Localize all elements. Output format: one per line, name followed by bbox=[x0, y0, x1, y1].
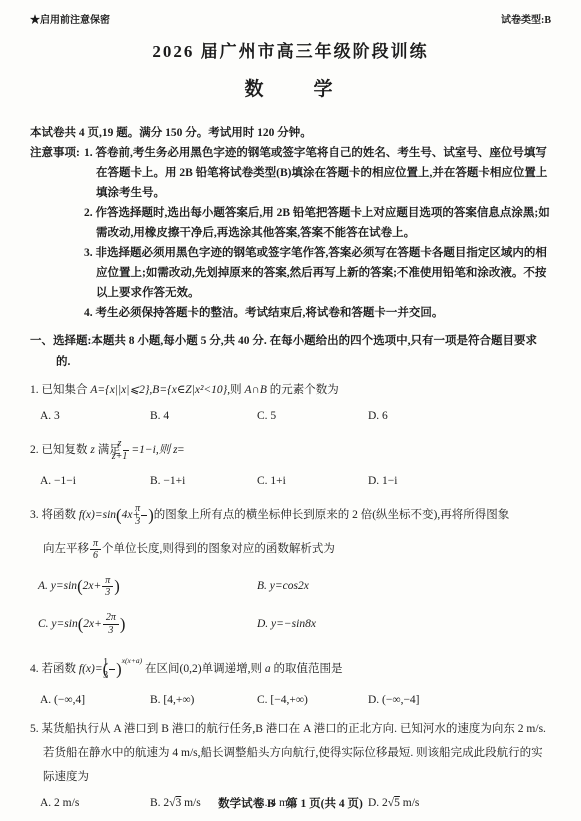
security-notice: ★启用前注意保密 bbox=[30, 14, 110, 28]
question-2: 2. 已知复数 z 满足zz+1=1−i,则 z= A. −1−i B. −1+… bbox=[30, 435, 551, 491]
q3-option-a-rparen: ) bbox=[114, 577, 120, 596]
q4-option-d: D. (−∞,−4] bbox=[368, 690, 551, 710]
question-5-stem: 5. 某货船执行从 A 港口到 B 港口的航行任务,B 港口在 A 港口的正北方… bbox=[30, 717, 551, 789]
q1-option-a: A. 3 bbox=[40, 406, 150, 426]
q3-option-c-frac-den: 3 bbox=[105, 625, 116, 637]
q3-option-a-fraction: π3 bbox=[102, 575, 113, 599]
q3-option-c: C. y=sin(2x+2π3) bbox=[38, 611, 257, 637]
subject-title: 数 学 bbox=[30, 78, 551, 102]
q3-option-c-rparen: ) bbox=[120, 614, 126, 633]
q3-option-a-pre: A. y=sin bbox=[38, 580, 77, 592]
question-3: 3. 将函数 f(x)=sin(4x+π3)的图象上所有点的横坐标伸长到原来的 … bbox=[30, 500, 551, 637]
notice-item-2: 2. 作答选择题时,选出每小题答案后,用 2B 铅笔把答题卡上对应题目选项的答案… bbox=[84, 203, 551, 243]
q3-option-c-pre: C. y=sin bbox=[38, 618, 78, 630]
question-2-stem: 2. 已知复数 z 满足zz+1=1−i,则 z= bbox=[30, 435, 551, 465]
q4-option-b: B. [4,+∞) bbox=[150, 690, 257, 710]
q3-option-b: B. y=cos2x bbox=[257, 573, 551, 599]
q3-fraction-pi6: π6 bbox=[90, 538, 101, 562]
q3-frac-a-den: 3 bbox=[141, 516, 147, 528]
q3-fraction-pi3: π3 bbox=[141, 503, 147, 527]
q4-exponent: x(x+a) bbox=[122, 656, 142, 665]
question-2-options: A. −1−i B. −1+i C. 1+i D. 1−i bbox=[40, 471, 551, 491]
q1-option-c: C. 5 bbox=[257, 406, 368, 426]
question-4-stem: 4. 若函数 f(x)=(13)x(x+a) 在区间(0,2)单调递增,则 a … bbox=[30, 646, 551, 684]
q2-fraction-denominator: z+1 bbox=[122, 451, 131, 463]
q4-frac-num: 1 bbox=[109, 657, 115, 670]
notice-items: 1. 答卷前,考生务必用黑色字迹的钢笔或签字笔将自己的姓名、考生号、试室号、座位… bbox=[84, 143, 551, 323]
q3-text3: 向左平移 bbox=[43, 543, 89, 555]
q3-option-d: D. y=−sin8x bbox=[257, 611, 551, 637]
q3-text4: 个单位长度,则得到的图象对应的函数解析式为 bbox=[102, 543, 335, 555]
exam-paper-page: ★启用前注意保密 试卷类型:B 2026 届广州市高三年级阶段训练 数 学 本试… bbox=[0, 0, 581, 821]
q3-frac-b-num: π bbox=[90, 538, 101, 551]
q1-text: 1. 已知集合 bbox=[30, 384, 90, 396]
notice-block: 注意事项: 1. 答卷前,考生务必用黑色字迹的钢笔或签字笔将自己的姓名、考生号、… bbox=[30, 143, 551, 323]
q4-frac-den: 3 bbox=[109, 670, 115, 682]
q4-text2: 在区间(0,2)单调递增,则 bbox=[142, 663, 265, 675]
question-1: 1. 已知集合 A={x||x|⩽2},B={x∈Z|x²<10},则 A∩B … bbox=[30, 380, 551, 426]
q4-function: f(x)= bbox=[79, 663, 103, 675]
question-3-stem-line2: 向左平移π6个单位长度,则得到的图象对应的函数解析式为 bbox=[30, 534, 551, 564]
exam-title: 2026 届广州市高三年级阶段训练 bbox=[30, 41, 551, 63]
q3-function: f(x)=sin bbox=[79, 509, 116, 521]
q2-fraction: zz+1 bbox=[122, 438, 131, 462]
q2-option-b: B. −1+i bbox=[150, 471, 257, 491]
q3-frac-b-den: 6 bbox=[90, 550, 101, 562]
q1-option-b: B. 4 bbox=[150, 406, 257, 426]
q2-option-a: A. −1−i bbox=[40, 471, 150, 491]
q2-equation: =1−i,则 bbox=[131, 444, 173, 456]
q3-option-a-frac-den: 3 bbox=[102, 587, 113, 599]
notice-item-4: 4. 考生必须保持答题卡的整洁。考试结束后,将试卷和答题卡一并交回。 bbox=[84, 303, 551, 323]
q4-option-c: C. [−4,+∞) bbox=[257, 690, 368, 710]
section-heading: 一、选择题:本题共 8 小题,每小题 5 分,共 40 分. 在每小题给出的四个… bbox=[30, 331, 551, 373]
q1-option-d: D. 6 bbox=[368, 406, 551, 426]
q4-option-a: A. (−∞,4] bbox=[40, 690, 150, 710]
q2-option-d: D. 1−i bbox=[368, 471, 551, 491]
q4-text1: 4. 若函数 bbox=[30, 663, 79, 675]
q4-text3: 的取值范围是 bbox=[271, 663, 343, 675]
question-1-options: A. 3 B. 4 C. 5 D. 6 bbox=[40, 406, 551, 426]
question-4-options: A. (−∞,4] B. [4,+∞) C. [−4,+∞) D. (−∞,−4… bbox=[40, 690, 551, 710]
q2-option-c: C. 1+i bbox=[257, 471, 368, 491]
q1-formula-sets: A={x||x|⩽2},B={x∈Z|x²<10} bbox=[90, 384, 227, 396]
notice-label: 注意事项: bbox=[30, 143, 84, 323]
top-bar: ★启用前注意保密 试卷类型:B bbox=[30, 14, 551, 28]
q1-post: 的元素个数为 bbox=[267, 384, 339, 396]
question-1-stem: 1. 已知集合 A={x||x|⩽2},B={x∈Z|x²<10},则 A∩B … bbox=[30, 380, 551, 400]
exam-info: 本试卷共 4 页,19 题。满分 150 分。考试用时 120 分钟。 bbox=[30, 123, 551, 143]
q4-fraction-one-third: 13 bbox=[109, 657, 115, 681]
q3-option-c-inner: 2x+ bbox=[83, 618, 102, 630]
notice-item-3: 3. 非选择题必须用黑色字迹的钢笔或签字笔作答,答案必须写在答题卡各题目指定区域… bbox=[84, 243, 551, 303]
question-4: 4. 若函数 f(x)=(13)x(x+a) 在区间(0,2)单调递增,则 a … bbox=[30, 646, 551, 710]
paper-type-label: 试卷类型:B bbox=[501, 14, 551, 28]
question-3-stem-line1: 3. 将函数 f(x)=sin(4x+π3)的图象上所有点的横坐标伸长到原来的 … bbox=[30, 500, 551, 530]
q3-option-a-inner: 2x+ bbox=[83, 580, 102, 592]
q3-text1: 3. 将函数 bbox=[30, 509, 79, 521]
q3-frac-a-num: π bbox=[141, 503, 147, 516]
notice-item-1: 1. 答卷前,考生务必用黑色字迹的钢笔或签字笔将自己的姓名、考生号、试室号、座位… bbox=[84, 143, 551, 203]
question-3-options: A. y=sin(2x+π3) B. y=cos2x C. y=sin(2x+2… bbox=[38, 573, 551, 637]
q1-mid: ,则 bbox=[227, 384, 244, 396]
q3-option-a-frac-num: π bbox=[102, 575, 113, 588]
q3-option-a: A. y=sin(2x+π3) bbox=[38, 573, 257, 599]
q3-text2: 的图象上所有点的横坐标伸长到原来的 2 倍(纵坐标不变),再将所得图象 bbox=[154, 509, 510, 521]
page-footer: 数学试卷 B 第 1 页(共 4 页) bbox=[0, 795, 581, 811]
q3-option-c-fraction: 2π3 bbox=[103, 612, 119, 636]
q2-equals: = bbox=[178, 444, 185, 456]
q1-formula-intersection: A∩B bbox=[245, 384, 267, 396]
q3-option-c-frac-num: 2π bbox=[103, 612, 119, 625]
q2-fraction-numerator: z bbox=[123, 438, 129, 451]
q2-text: 2. 已知复数 bbox=[30, 444, 90, 456]
